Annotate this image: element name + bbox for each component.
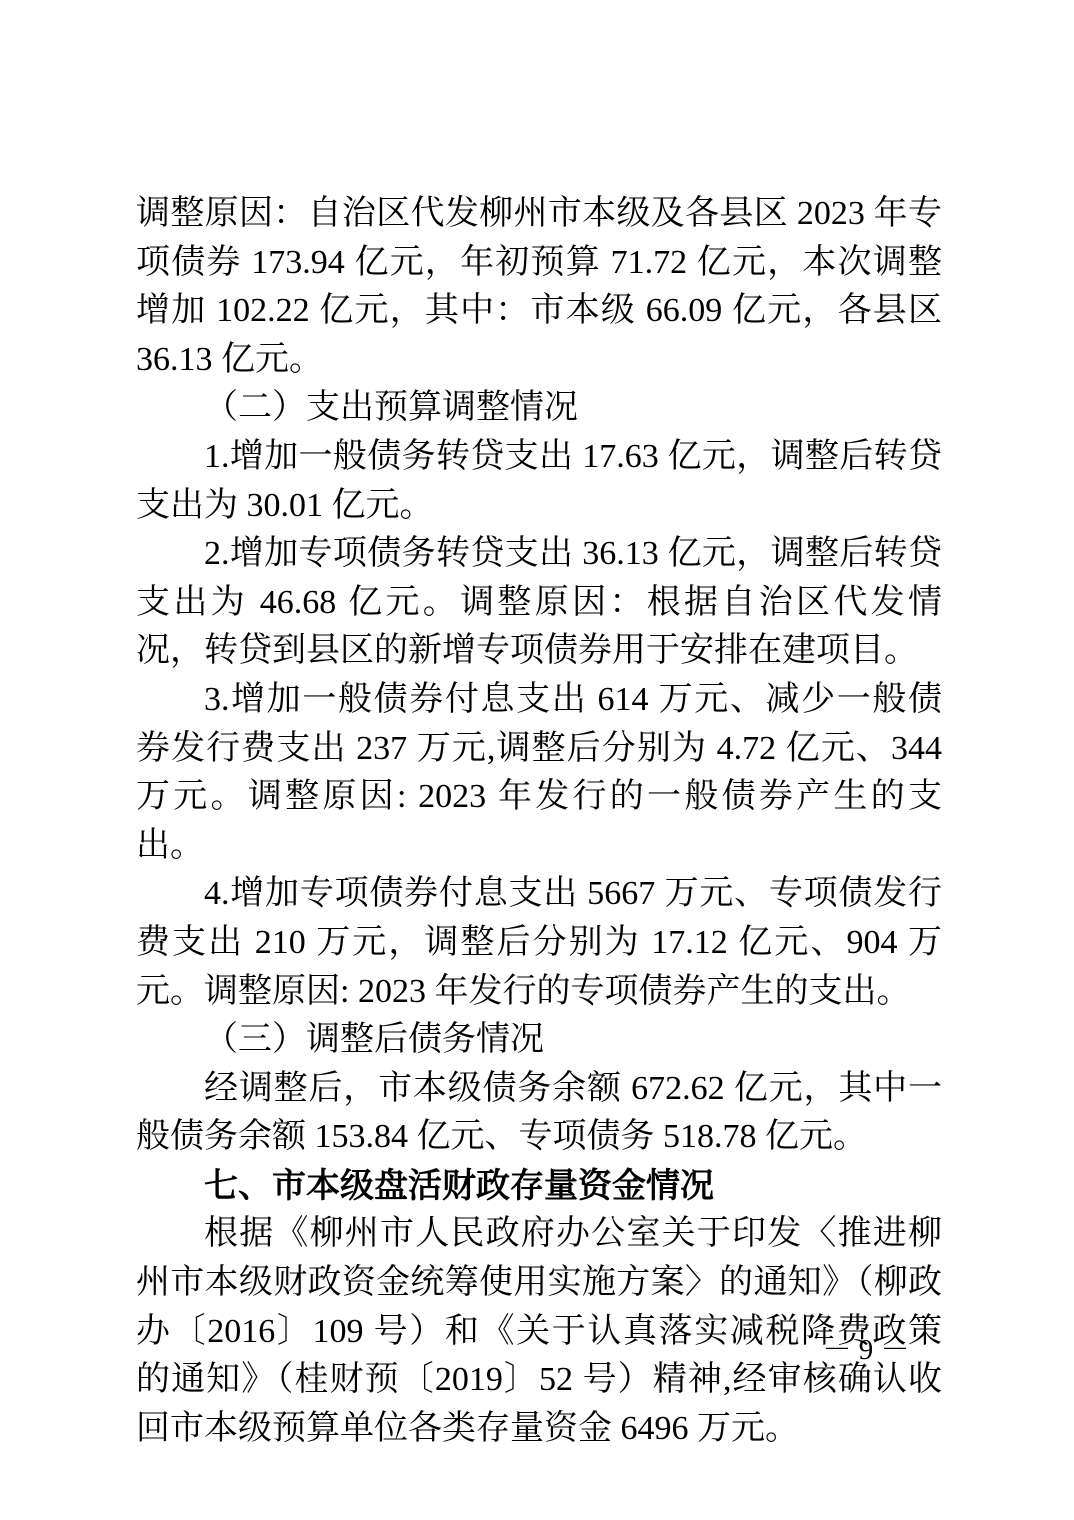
subsection-heading-expenditure-adjustment: （二）支出预算调整情况 [136, 384, 942, 433]
document-page: 调整原因：自治区代发柳州市本级及各县区 2023 年专项债券 173.94 亿元… [0, 0, 1074, 1520]
section-heading-revitalize-stock-funds: 七、市本级盘活财政存量资金情况 [136, 1162, 942, 1211]
paragraph-item-2-special-debt-onlending: 2.增加专项债务转贷支出 36.13 亿元，调整后转贷支出为 46.68 亿元。… [136, 530, 942, 676]
page-body-text: 调整原因：自治区代发柳州市本级及各县区 2023 年专项债券 173.94 亿元… [136, 190, 942, 1453]
paragraph-adjust-reason: 调整原因：自治区代发柳州市本级及各县区 2023 年专项债券 173.94 亿元… [136, 190, 942, 384]
paragraph-debt-balance: 经调整后，市本级债务余额 672.62 亿元，其中一般债务余额 153.84 亿… [136, 1065, 942, 1162]
paragraph-item-3-general-bond-interest: 3.增加一般债券付息支出 614 万元、减少一般债券发行费支出 237 万元,调… [136, 676, 942, 870]
paragraph-stock-funds-basis: 根据《柳州市人民政府办公室关于印发〈推进柳州市本级财政资金统筹使用实施方案〉的通… [136, 1210, 942, 1453]
subsection-heading-post-adjustment-debt: （三）调整后债务情况 [136, 1016, 942, 1065]
paragraph-item-4-special-bond-interest: 4.增加专项债券付息支出 5667 万元、专项债发行费支出 210 万元，调整后… [136, 870, 942, 1016]
paragraph-item-1-general-debt-onlending: 1.增加一般债务转贷支出 17.63 亿元，调整后转贷支出为 30.01 亿元。 [136, 433, 942, 530]
page-number: － 9 － [822, 1334, 909, 1366]
